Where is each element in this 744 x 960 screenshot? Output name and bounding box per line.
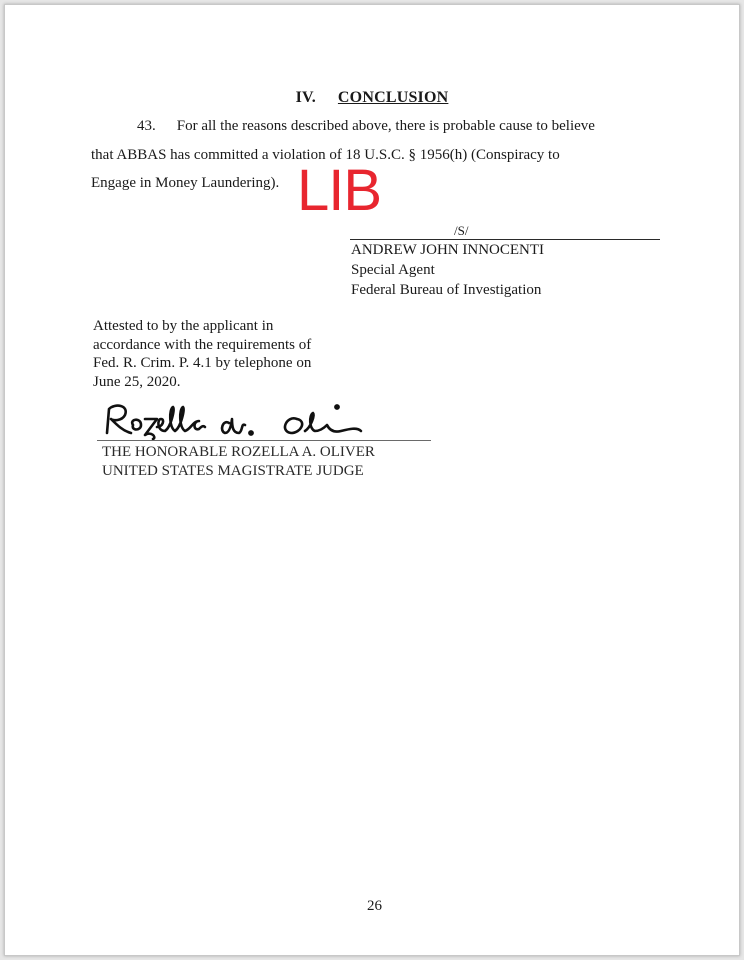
agent-agency: Federal Bureau of Investigation: [350, 280, 660, 300]
page-number: 26: [5, 898, 739, 915]
judge-block: THE HONORABLE ROZELLA A. OLIVER UNITED S…: [102, 443, 375, 481]
attestation-line: accordance with the requirements of: [93, 336, 353, 355]
red-stamp-overlay: LIB: [297, 165, 381, 217]
attestation-line: Attested to by the applicant in: [93, 317, 353, 336]
agent-title: Special Agent: [350, 260, 660, 280]
agent-signature: /S/: [350, 224, 660, 240]
judge-name: THE HONORABLE ROZELLA A. OLIVER: [102, 443, 375, 462]
attestation-block: Attested to by the applicant in accordan…: [93, 317, 353, 391]
judge-signature-icon: [101, 397, 431, 441]
section-title: CONCLUSION: [338, 89, 448, 106]
section-heading: IV.CONCLUSION: [5, 89, 739, 107]
attestation-line: Fed. R. Crim. P. 4.1 by telephone on: [93, 354, 353, 373]
judge-signature-line: [97, 440, 431, 441]
paragraph-number: 43.: [137, 118, 156, 134]
section-number: IV.: [296, 89, 316, 106]
agent-name: ANDREW JOHN INNOCENTI: [350, 240, 660, 260]
judge-title: UNITED STATES MAGISTRATE JUDGE: [102, 462, 375, 481]
agent-signature-block: /S/ ANDREW JOHN INNOCENTI Special Agent …: [350, 224, 660, 300]
paragraph-line-1: 43.For all the reasons described above, …: [91, 119, 651, 134]
paragraph-text-1: For all the reasons described above, the…: [177, 118, 595, 134]
attestation-line: June 25, 2020.: [93, 373, 353, 392]
document-page: IV.CONCLUSION 43.For all the reasons des…: [4, 4, 740, 956]
